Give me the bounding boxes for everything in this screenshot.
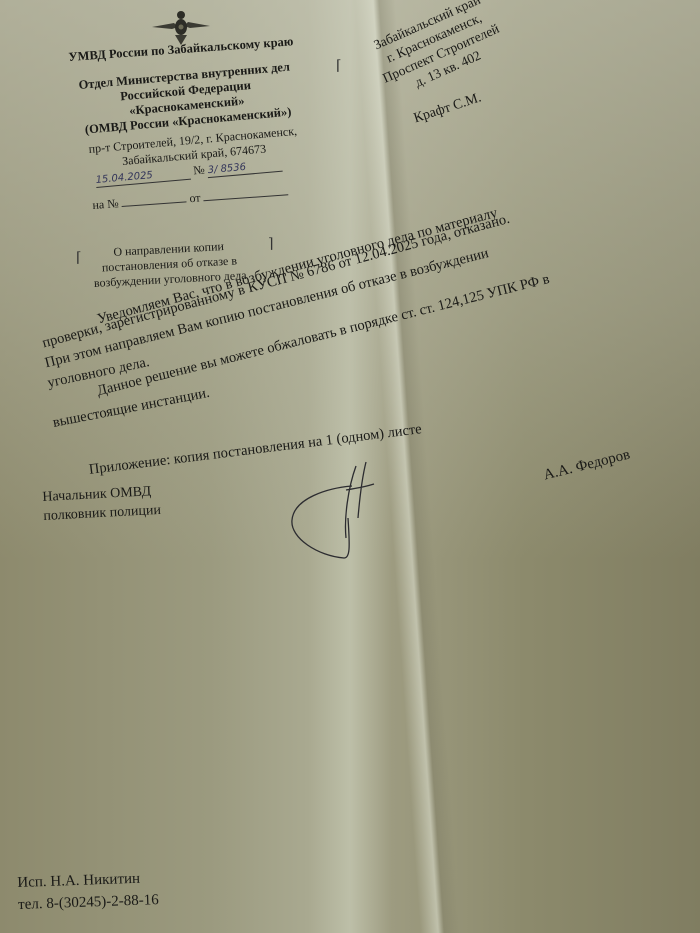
reg-date: 15.04.2025 xyxy=(95,170,153,186)
ref-label: на № xyxy=(92,196,119,212)
recipient-name: Крафт С.М. xyxy=(412,90,484,127)
executor-phone: тел. 8-(30245)-2-88-16 xyxy=(18,889,159,916)
corner-bracket-icon: ⌈ xyxy=(76,250,81,267)
executor-info: Исп. Н.А. Никитин тел. 8-(30245)-2-88-16 xyxy=(17,867,159,916)
handwritten-signature-icon xyxy=(288,458,378,568)
corner-bracket-icon: ⌈ xyxy=(336,58,341,75)
corner-bracket-icon: ⌉ xyxy=(268,236,273,253)
reference-line: на № от xyxy=(92,184,289,213)
reg-number-label: № xyxy=(193,162,206,177)
recipient-address: Забайкальский край г. Краснокаменск, Про… xyxy=(366,0,509,102)
ref-from-label: от xyxy=(189,190,201,205)
signer-name: А.А. Федоров xyxy=(542,447,632,485)
reg-number: 3/ 8536 xyxy=(207,162,246,176)
signer-position: Начальник ОМВД полковник полиции xyxy=(42,482,161,526)
